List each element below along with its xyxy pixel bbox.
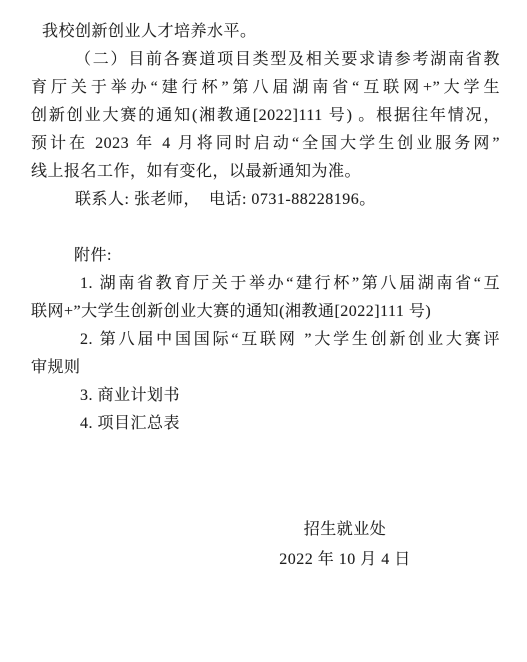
text-line: 4. 项目汇总表 (31, 410, 500, 438)
text-line: 审规则 (31, 354, 500, 382)
text-line: 联网+”大学生创新创业大赛的通知(湘教通[2022]111 号) (31, 298, 500, 326)
text-line: 我校创新创业人才培养水平。 (31, 18, 500, 46)
signature-office: 招生就业处 (230, 515, 460, 545)
text-line (31, 214, 500, 242)
document-text-lines: 我校创新创业人才培养水平。（二）目前各赛道项目类型及相关要求请参考湖南省教育厅关… (31, 18, 500, 438)
text-line: 联系人: 张老师， 电话: 0731-88228196。 (31, 186, 500, 214)
text-line: 2. 第八届中国国际“互联网 ”大学生创新创业大赛评 (31, 326, 500, 354)
signature-date: 2022 年 10 月 4 日 (230, 545, 460, 575)
text-line: 3. 商业计划书 (31, 382, 500, 410)
text-line: 创新创业大赛的通知(湘教通[2022]111 号) 。根据往年情况， (31, 102, 500, 130)
text-line: 附件: (31, 242, 500, 270)
document-page: 我校创新创业人才培养水平。（二）目前各赛道项目类型及相关要求请参考湖南省教育厅关… (0, 0, 527, 662)
signature-block: 招生就业处 2022 年 10 月 4 日 (230, 515, 460, 575)
text-line: 线上报名工作，如有变化，以最新通知为准。 (31, 158, 500, 186)
text-line: 育厅关于举办“建行杯”第八届湖南省“互联网+”大学生 (31, 74, 500, 102)
text-line: （二）目前各赛道项目类型及相关要求请参考湖南省教 (31, 46, 500, 74)
document-body: 我校创新创业人才培养水平。（二）目前各赛道项目类型及相关要求请参考湖南省教育厅关… (0, 0, 527, 575)
text-line: 1. 湖南省教育厅关于举办“建行杯”第八届湖南省“互 (31, 270, 500, 298)
text-line: 预计在 2023 年 4 月将同时启动“全国大学生创业服务网” (31, 130, 500, 158)
